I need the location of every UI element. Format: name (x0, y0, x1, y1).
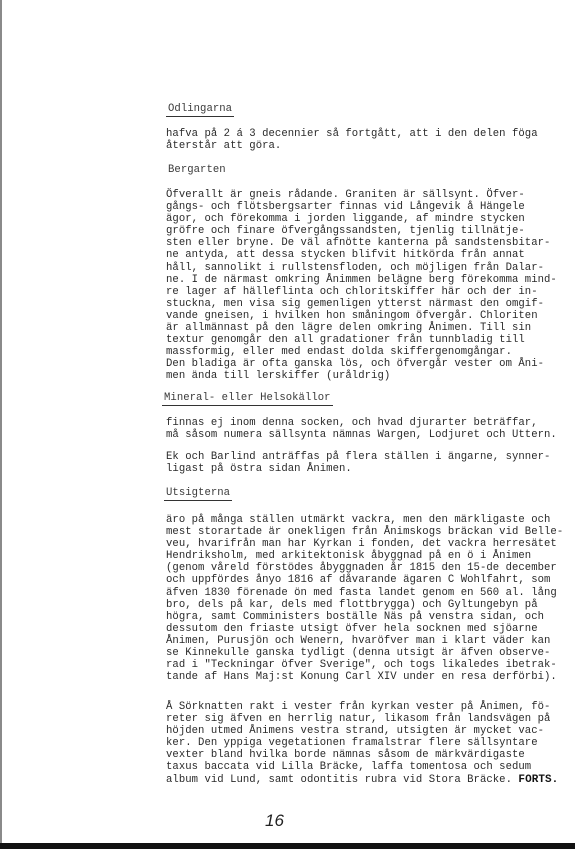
text-line: rad i "Teckningar öfver Sverige", och to… (166, 659, 563, 671)
paragraph: hafva på 2 á 3 decennier så fortgått, at… (166, 128, 538, 152)
section-heading: Odlingarna (166, 103, 234, 117)
text-line: tande af Hans Maj:st Konung Carl XIV und… (166, 671, 563, 683)
text-line: finnas ej inom denna socken, och hvad dj… (166, 417, 557, 429)
text-line: men ända till lerskiffer (uråldrig) (166, 370, 557, 382)
text-line: textur genomgår den all gradationer från… (166, 334, 557, 346)
text-line: (genom våreld förstödes åbyggnaden år 18… (166, 562, 563, 574)
text-line: Öfverallt är gneis rådande. Graniten är … (166, 189, 557, 201)
section-heading: Bergarten (166, 164, 228, 177)
scan-left-edge (0, 0, 2, 843)
paragraph: äro på många ställen utmärkt vackra, men… (166, 514, 563, 683)
text-line: ne antyda, att dessa stycken blifvit hit… (166, 249, 557, 261)
paragraph: Å Sörknatten rakt i vester från kyrkan v… (166, 701, 558, 786)
text-line: ligast på östra sidan Ånimen. (166, 463, 550, 475)
section-utsigterna: Utsigterna (164, 487, 232, 501)
text-line: ägor, och förekomma i jorden liggande, a… (166, 213, 557, 225)
text-line: bro, dels på kar, dels med flottbrygga) … (166, 599, 563, 611)
text-line: Å Sörknatten rakt i vester från kyrkan v… (166, 701, 558, 713)
paragraph: Öfverallt är gneis rådande. Graniten är … (166, 189, 557, 383)
paragraph: finnas ej inom denna socken, och hvad dj… (166, 417, 557, 441)
text-line: dessutom den friaste utsigt öfver hela s… (166, 623, 563, 635)
text-line: vande gneisen, i hvilken hon småningom ö… (166, 310, 557, 322)
text-line: taxus baccata vid Lilla Bräcke, laffa to… (166, 761, 558, 773)
page-number: 16 (265, 811, 284, 831)
text-line: album vid Lund, samt odontitis rubra vid… (166, 774, 558, 786)
text-line: Hendriksholm, med arkitektonisk åbyggnad… (166, 550, 563, 562)
text-line: höjden utmed Ånimens vestra strand, utsi… (166, 725, 558, 737)
text-line: mest storartade är onekligen från Ånimsk… (166, 526, 563, 538)
text-line: gröfre och finare öfvergångssandsten, tj… (166, 225, 557, 237)
section-mineral: Mineral- eller Helsokällor (162, 392, 333, 406)
text-line: högra, samt Comministers boställe Näs på… (166, 611, 563, 623)
text-line: se Kinnekulle ganska tydligt (denna utsi… (166, 647, 563, 659)
text-line: och uppfördes ånyo 1816 af dåvarande äga… (166, 574, 563, 586)
text-line: reter sig äfven en herrlig natur, likaso… (166, 713, 558, 725)
section-heading: Mineral- eller Helsokällor (162, 392, 333, 406)
text-line: äro på många ställen utmärkt vackra, men… (166, 514, 563, 526)
text-line: Ek och Barlind anträffas på flera ställe… (166, 451, 550, 463)
text-line: är allmännast på den lägre delen omkring… (166, 322, 557, 334)
section-heading: Utsigterna (164, 487, 232, 501)
scan-bottom-edge (0, 843, 575, 849)
text-line: Den bladiga är ofta ganska lös, och öfve… (166, 358, 557, 370)
text-line: stuckna, men visa sig gemenligen ytterst… (166, 298, 557, 310)
text-line: sten eller bryne. De väl afnötte kantern… (166, 237, 557, 249)
text-line: gångs- och flötsbergsarter finnas vid Lå… (166, 201, 557, 213)
text-line: ker. Den yppiga vegetationen framalstrar… (166, 737, 558, 749)
text-line: äfven 1830 förenade ön med fasta landet … (166, 587, 563, 599)
text-line: håll, sannolikt i rullstensfloden, och m… (166, 262, 557, 274)
text-line: veu, hvarifrån man har Kyrkan i fonden, … (166, 538, 563, 550)
text-line-content: album vid Lund, samt odontitis rubra vid… (166, 774, 512, 786)
text-line: ne. I de närmast omkring Ånimmen belägne… (166, 274, 557, 286)
section-odlingarna: Odlingarna (166, 103, 234, 117)
text-line: massformig, eller med endast dolda skiff… (166, 346, 557, 358)
section-bergarten: Bergarten (166, 164, 228, 177)
text-line: må såsom numera sällsynta nämnas Wargen,… (166, 429, 557, 441)
text-line: re lager af hälleflinta och chloritskiff… (166, 286, 557, 298)
text-line: återstår att göra. (166, 140, 538, 152)
paragraph: Ek och Barlind anträffas på flera ställe… (166, 451, 550, 475)
text-line: hafva på 2 á 3 decennier så fortgått, at… (166, 128, 538, 140)
text-line: vexter bland hvilka borde nämnas såsom d… (166, 749, 558, 761)
text-line: Ånimen, Purusjön och Wenern, hvaröfver m… (166, 635, 563, 647)
continuation-mark: FORTS. (518, 774, 558, 786)
